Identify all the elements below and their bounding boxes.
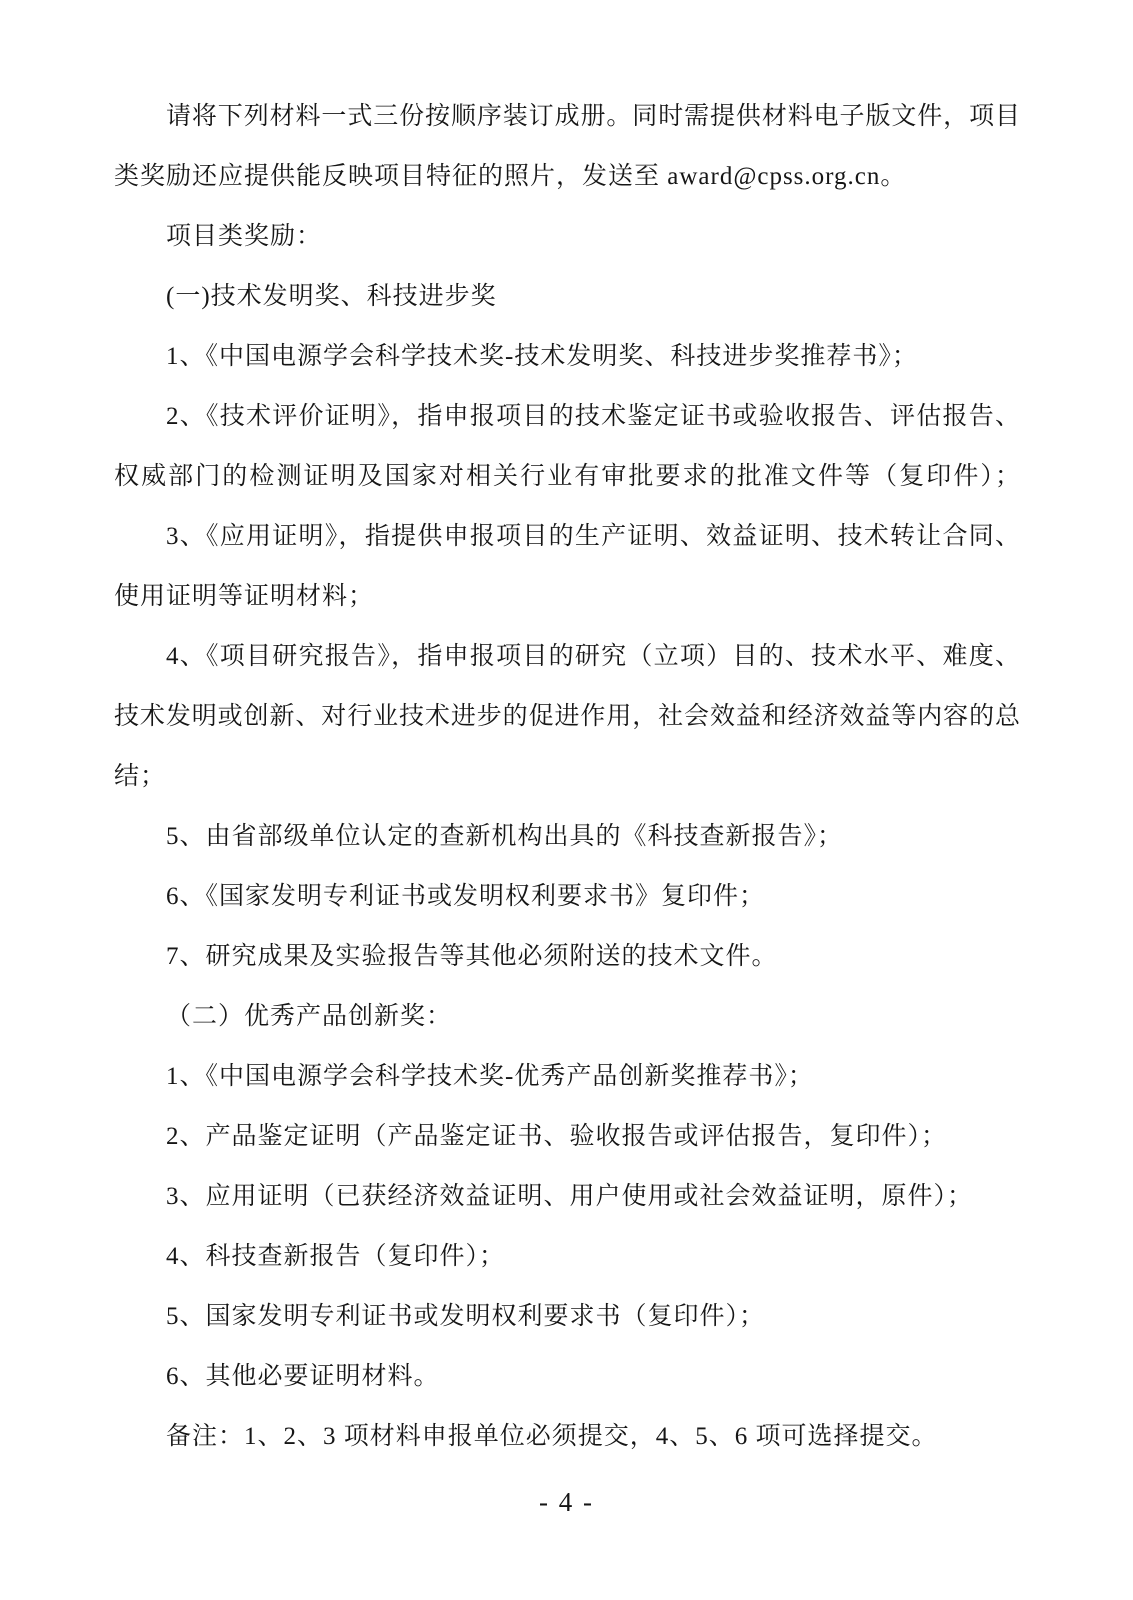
document-line: 类奖励还应提供能反映项目特征的照片，发送至 award@cpss.org.cn。 [114, 147, 1020, 207]
document-line: 6、其他必要证明材料。 [114, 1347, 1020, 1407]
document-line: 备注：1、2、3 项材料申报单位必须提交，4、5、6 项可选择提交。 [114, 1407, 1020, 1467]
document-line: 1、《中国电源学会科学技术奖-技术发明奖、科技进步奖推荐书》； [114, 327, 1020, 387]
document-line: 4、科技查新报告（复印件）； [114, 1227, 1020, 1287]
document-line: 6、《国家发明专利证书或发明权利要求书》复印件； [114, 867, 1020, 927]
page-number: - 4 - [0, 1472, 1133, 1532]
document-line: 3、应用证明（已获经济效益证明、用户使用或社会效益证明，原件）； [114, 1167, 1020, 1227]
document-page: 请将下列材料一式三份按顺序装订成册。同时需提供材料电子版文件，项目类奖励还应提供… [0, 0, 1133, 1600]
document-line: 使用证明等证明材料； [114, 567, 1020, 627]
document-line: (一)技术发明奖、科技进步奖 [114, 267, 1020, 327]
document-line: 权威部门的检测证明及国家对相关行业有审批要求的批准文件等（复印件）； [114, 447, 1020, 507]
document-line: 请将下列材料一式三份按顺序装订成册。同时需提供材料电子版文件，项目 [114, 87, 1020, 147]
document-line: 项目类奖励： [114, 207, 1020, 267]
document-line: 1、《中国电源学会科学技术奖-优秀产品创新奖推荐书》； [114, 1047, 1020, 1107]
document-line: 3、《应用证明》，指提供申报项目的生产证明、效益证明、技术转让合同、 [114, 507, 1020, 567]
document-line: 5、国家发明专利证书或发明权利要求书（复印件）； [114, 1287, 1020, 1347]
document-line: 2、《技术评价证明》，指申报项目的技术鉴定证书或验收报告、评估报告、 [114, 387, 1020, 447]
document-line: 5、由省部级单位认定的查新机构出具的《科技查新报告》； [114, 807, 1020, 867]
document-line: 4、《项目研究报告》，指申报项目的研究（立项）目的、技术水平、难度、 [114, 627, 1020, 687]
document-body: 请将下列材料一式三份按顺序装订成册。同时需提供材料电子版文件，项目类奖励还应提供… [114, 87, 1020, 1467]
document-line: （二）优秀产品创新奖： [114, 987, 1020, 1047]
document-line: 结； [114, 747, 1020, 807]
document-line: 7、研究成果及实验报告等其他必须附送的技术文件。 [114, 927, 1020, 987]
document-line: 技术发明或创新、对行业技术进步的促进作用，社会效益和经济效益等内容的总 [114, 687, 1020, 747]
document-line: 2、产品鉴定证明（产品鉴定证书、验收报告或评估报告，复印件）； [114, 1107, 1020, 1167]
